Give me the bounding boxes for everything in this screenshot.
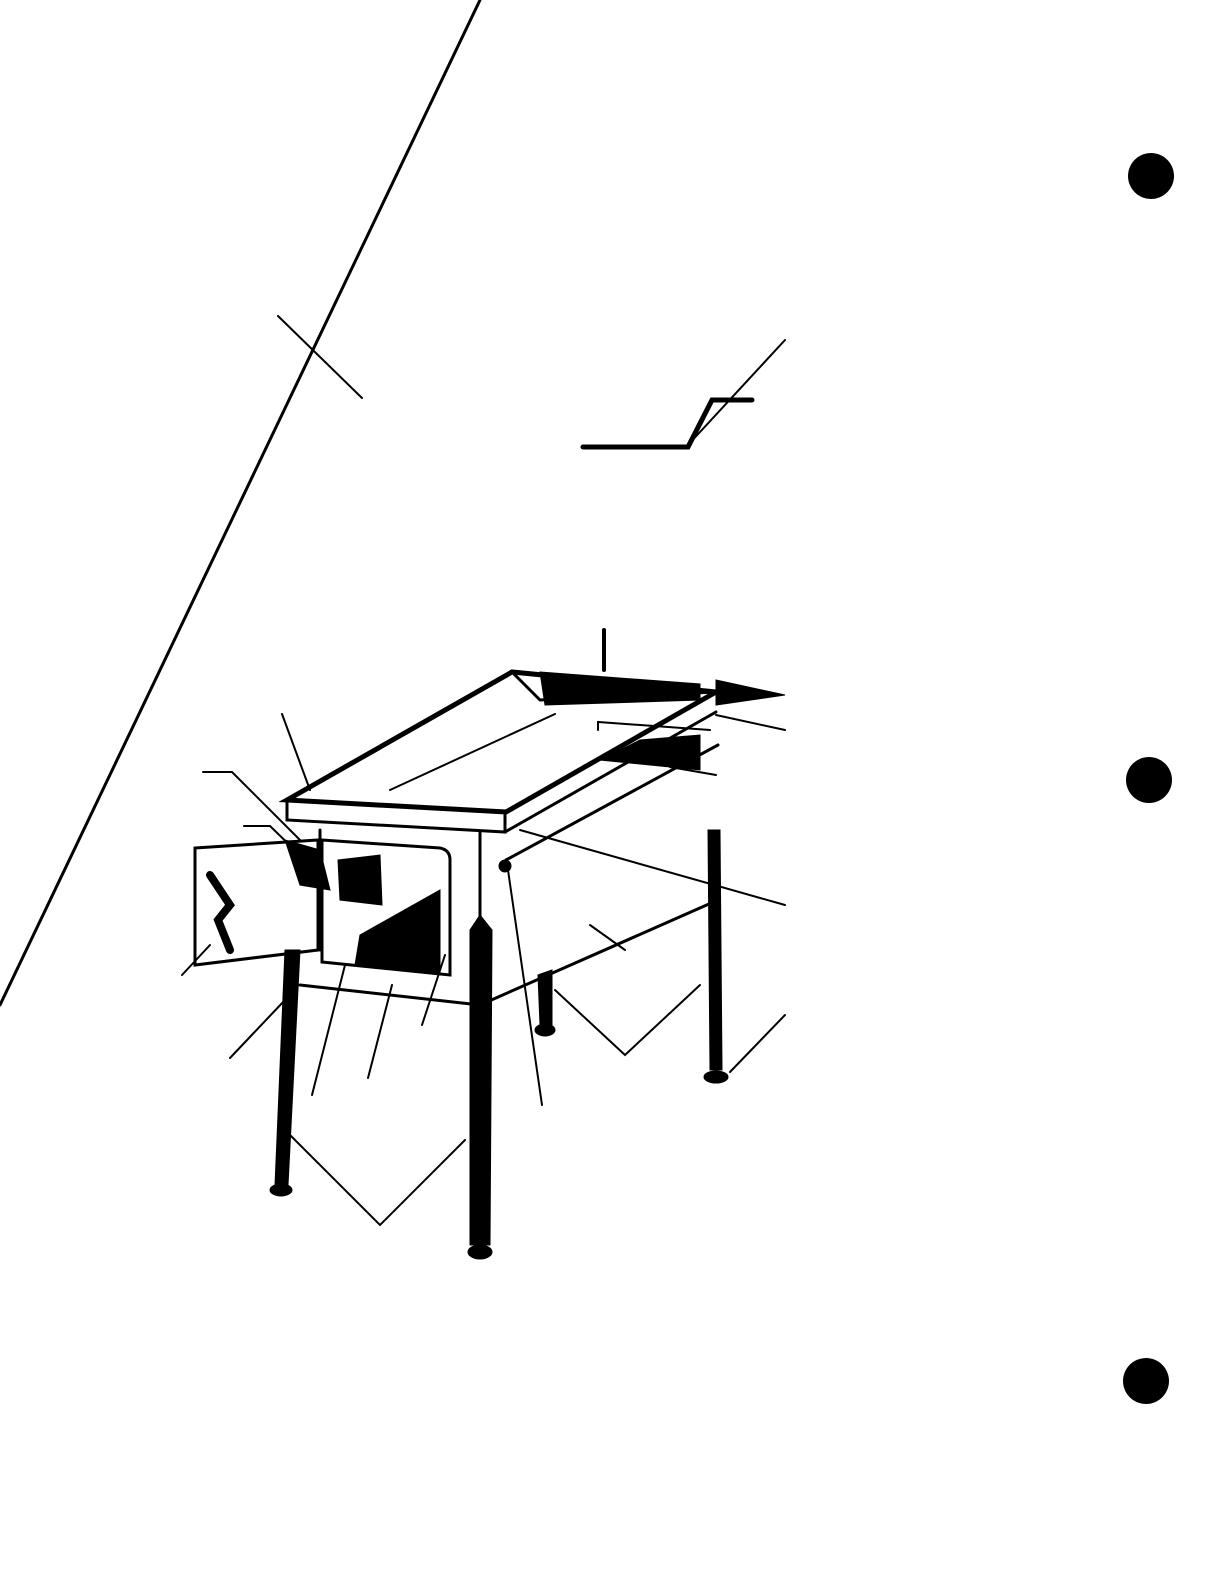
cabinet-diagram <box>0 0 1219 1588</box>
